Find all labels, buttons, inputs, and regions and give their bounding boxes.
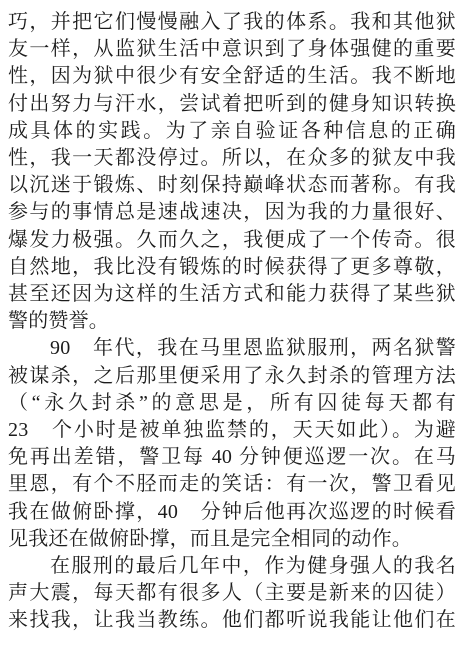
text-line: （“永久封杀”的意思是，所有囚徒每天都有 (8, 390, 456, 417)
body-text: 巧，并把它们慢慢融入了我的体系。我和其他狱友一样，从监狱生活中意识到了身体强健的… (0, 0, 466, 635)
text-line: 在服刑的最后几年中，作为健身强人的我名 (50, 553, 456, 580)
text-line: 巧，并把它们慢慢融入了我的体系。我和其他狱 (8, 9, 456, 36)
text-line: 爆发力极强。久而久之，我便成了一个传奇。很 (8, 227, 456, 254)
text-line: 声大震，每天都有很多人（主要是新来的囚徒） (8, 580, 456, 607)
text-line: 性，因为狱中很少有安全舒适的生活。我不断地 (8, 63, 456, 90)
text-line: 性，我一天都没停过。所以，在众多的狱友中我 (8, 145, 456, 172)
text-line: 被谋杀，之后那里便采用了永久封杀的管理方法 (8, 363, 456, 390)
text-line: 以沉迷于锻炼、时刻保持巅峰状态而著称。有我 (8, 172, 456, 199)
text-line: 90 年代，我在马里恩监狱服刑，两名狱警 (50, 335, 456, 362)
text-line: 友一样，从监狱生活中意识到了身体强健的重要 (8, 36, 456, 63)
text-line: 成具体的实践。为了亲自验证各种信息的正确 (8, 118, 456, 145)
text-line: 自然地，我比没有锻炼的时候获得了更多尊敬， (8, 254, 456, 281)
text-line: 参与的事情总是速战速决，因为我的力量很好、 (8, 199, 456, 226)
book-page: 巧，并把它们慢慢融入了我的体系。我和其他狱友一样，从监狱生活中意识到了身体强健的… (0, 0, 466, 665)
text-line: 甚至还因为这样的生活方式和能力获得了某些狱 (8, 281, 456, 308)
text-line: 我在做俯卧撑，40 分钟后他再次巡逻的时候看 (8, 499, 456, 526)
text-line: 来找我，让我当教练。他们都听说我能让他们在 (8, 607, 456, 634)
text-line: 免再出差错，警卫每 40 分钟便巡逻一次。在马 (8, 444, 456, 471)
text-line: 23 个小时是被单独监禁的，天天如此）。为避 (8, 417, 456, 444)
text-line: 警的赞誉。 (8, 308, 456, 335)
text-line: 付出努力与汗水，尝试着把听到的健身知识转换 (8, 91, 456, 118)
text-line: 见我还在做俯卧撑，而且是完全相同的动作。 (8, 526, 456, 553)
text-line: 里恩，有个不胫而走的笑话：有一次，警卫看见 (8, 471, 456, 498)
